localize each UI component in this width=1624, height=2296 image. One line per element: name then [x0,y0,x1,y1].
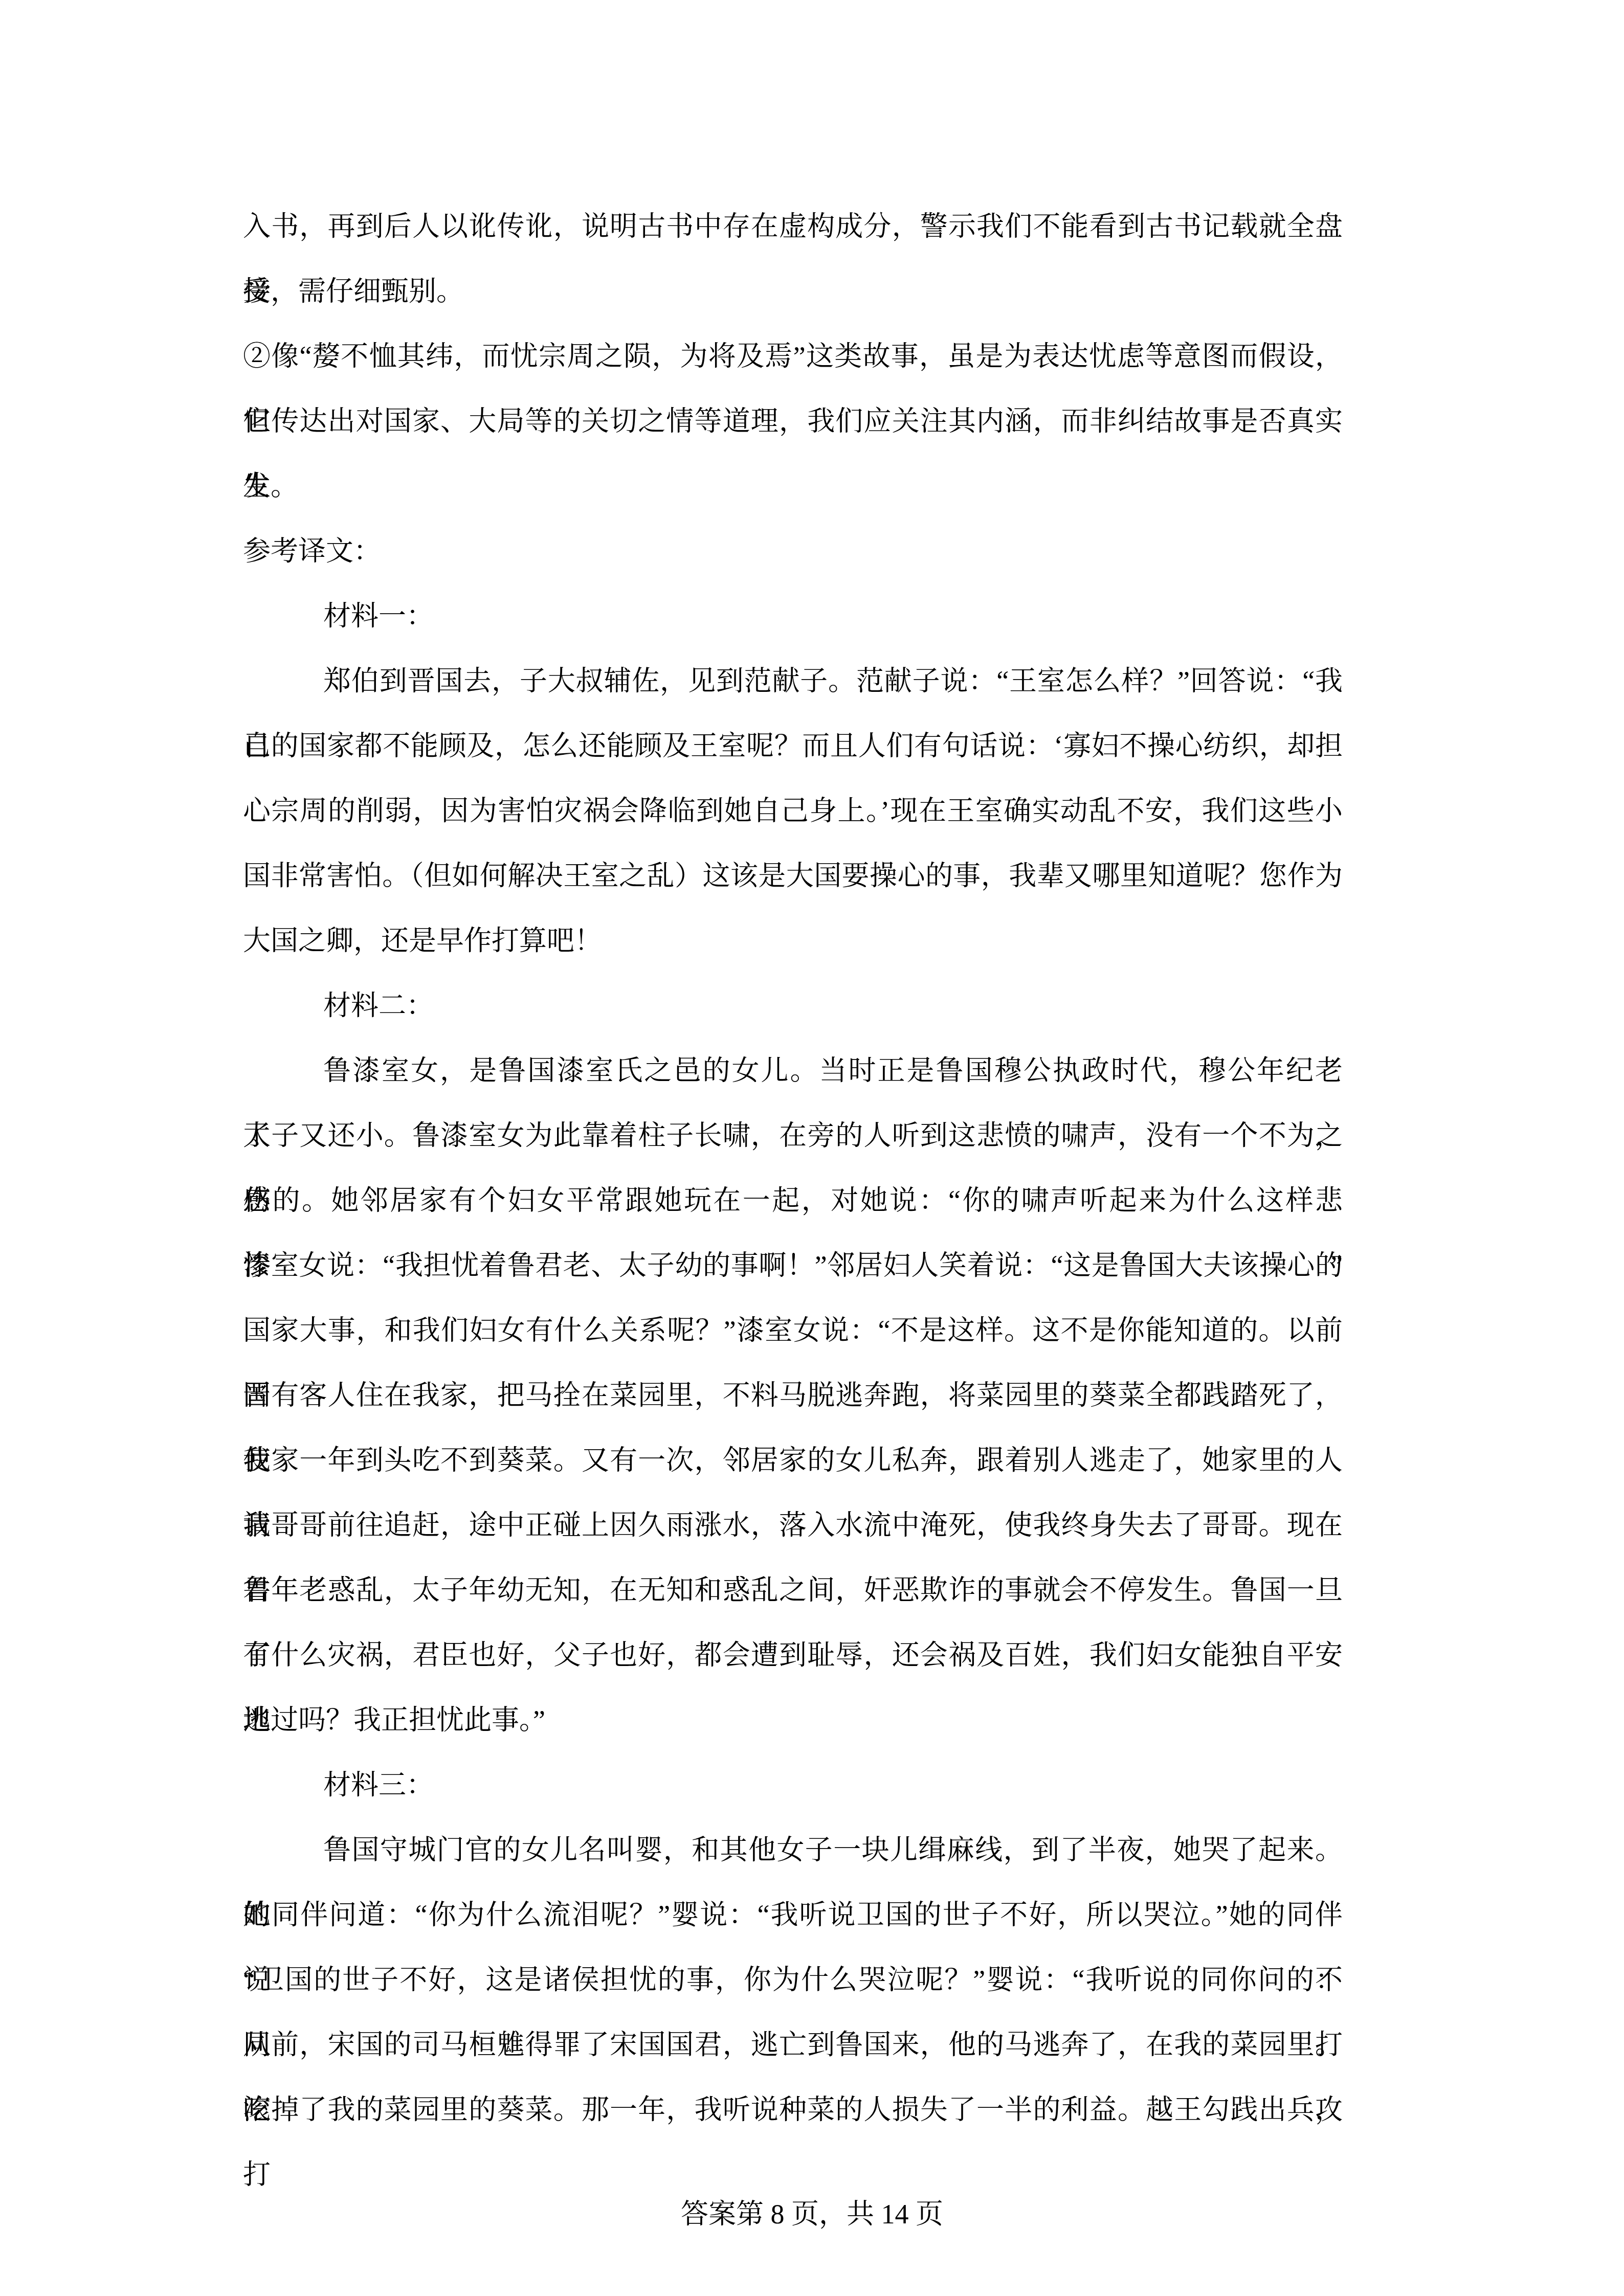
text-line: 国家大事，和我们妇女有什么关系呢？”漆室女说：“不是这样。这不是你能知道的。以前… [243,1298,1343,1363]
answer-translation-text: 入书，再到后人以讹传讹，说明古书中存在虚构成分，警示我们不能看到古书记载就全盘接… [243,194,1343,2143]
text-line: 漆室女说：“我担忧着鲁君老、太子幼的事啊！”邻居妇人笑着说：“这是鲁国大夫该操心… [243,1233,1343,1298]
text-line: 君年老惑乱，太子年幼无知，在无知和惑乱之间，奸恶欺诈的事就会不停发生。鲁国一旦有 [243,1558,1343,1623]
text-line: 我家一年到头吃不到葵菜。又有一次，邻居家的女儿私奔，跟着别人逃走了，她家里的人请 [243,1428,1343,1493]
text-line: 伤的。她邻居家有个妇女平常跟她玩在一起，对她说：“你的啸声听起来为什么这样悲惨！… [243,1168,1343,1233]
text-line: 受，需仔细甄别。 [243,259,1343,324]
text-line: 郑伯到晋国去，子大叔辅佐，见到范献子。范献子说：“王室怎么样？”回答说：“我自 [243,649,1343,714]
material-three-heading: 材料三： [243,1753,1343,1818]
text-line: 心宗周的削弱，因为害怕灾祸会降临到她自己身上。’现在王室确实动乱不安，我们这些小 [243,779,1343,844]
material-one-heading: 材料一： [243,584,1343,649]
document-page: 入书，再到后人以讹传讹，说明古书中存在虚构成分，警示我们不能看到古书记载就全盘接… [0,0,1624,2296]
text-line: 吃掉了我的菜园里的葵菜。那一年，我听说种菜的人损失了一半的利益。越王勾践出兵攻打 [243,2078,1343,2143]
text-line: 国有客人住在我家，把马拴在菜园里，不料马脱逃奔跑，将菜园里的葵菜全都践踏死了，使 [243,1363,1343,1428]
text-line: 太子又还小。鲁漆室女为此靠着柱子长啸，在旁的人听到这悲愤的啸声，没有一个不为之感 [243,1104,1343,1168]
text-line: 己的国家都不能顾及，怎么还能顾及王室呢？而且人们有句话说：‘寡妇不操心纺织，却担 [243,714,1343,779]
material-two-heading: 材料二： [243,974,1343,1039]
text-line: 我哥哥前往追赶，途中正碰上因久雨涨水，落入水流中淹死，使我终身失去了哥哥。现在鲁 [243,1493,1343,1558]
text-line: 逃过吗？我正担忧此事。” [243,1688,1343,1753]
text-line: ②像“嫠不恤其纬，而忧宗周之陨，为将及焉”这类故事，虽是为表达忧虑等意图而假设，… [243,324,1343,389]
text-line: 鲁漆室女，是鲁国漆室氏之邑的女儿。当时正是鲁国穆公执政时代，穆公年纪老了， [243,1039,1343,1104]
reference-translation-heading: 参考译文： [243,519,1343,584]
text-line: 鲁国守城门官的女儿名叫婴，和其他女子一块儿缉麻线，到了半夜，她哭了起来。她 [243,1818,1343,1883]
text-line: 生。 [243,454,1343,519]
text-line: “卫国的世子不好，这是诸侯担忧的事，你为什么哭泣呢？”婴说：“我听说的同你问的不… [243,1948,1343,2013]
text-line: 它传达出对国家、大局等的关切之情等道理，我们应关注其内涵，而非纠结故事是否真实发 [243,389,1343,454]
text-line: 国非常害怕。（但如何解决王室之乱）这该是大国要操心的事，我辈又哪里知道呢？您作为 [243,844,1343,909]
text-line: 的同伴问道：“你为什么流泪呢？”婴说：“我听说卫国的世子不好，所以哭泣。”她的同… [243,1883,1343,1948]
text-line: 大国之卿，还是早作打算吧！ [243,909,1343,974]
text-line: 从前，宋国的司马桓魋得罪了宋国国君，逃亡到鲁国来，他的马逃奔了，在我的菜园里打滚… [243,2013,1343,2078]
text-line: 入书，再到后人以讹传讹，说明古书中存在虚构成分，警示我们不能看到古书记载就全盘接 [243,194,1343,259]
page-footer: 答案第 8 页，共 14 页 [0,2199,1624,2230]
text-line: 了什么灾祸，君臣也好，父子也好，都会遭到耻辱，还会祸及百姓，我们妇女能独自平安地 [243,1623,1343,1688]
